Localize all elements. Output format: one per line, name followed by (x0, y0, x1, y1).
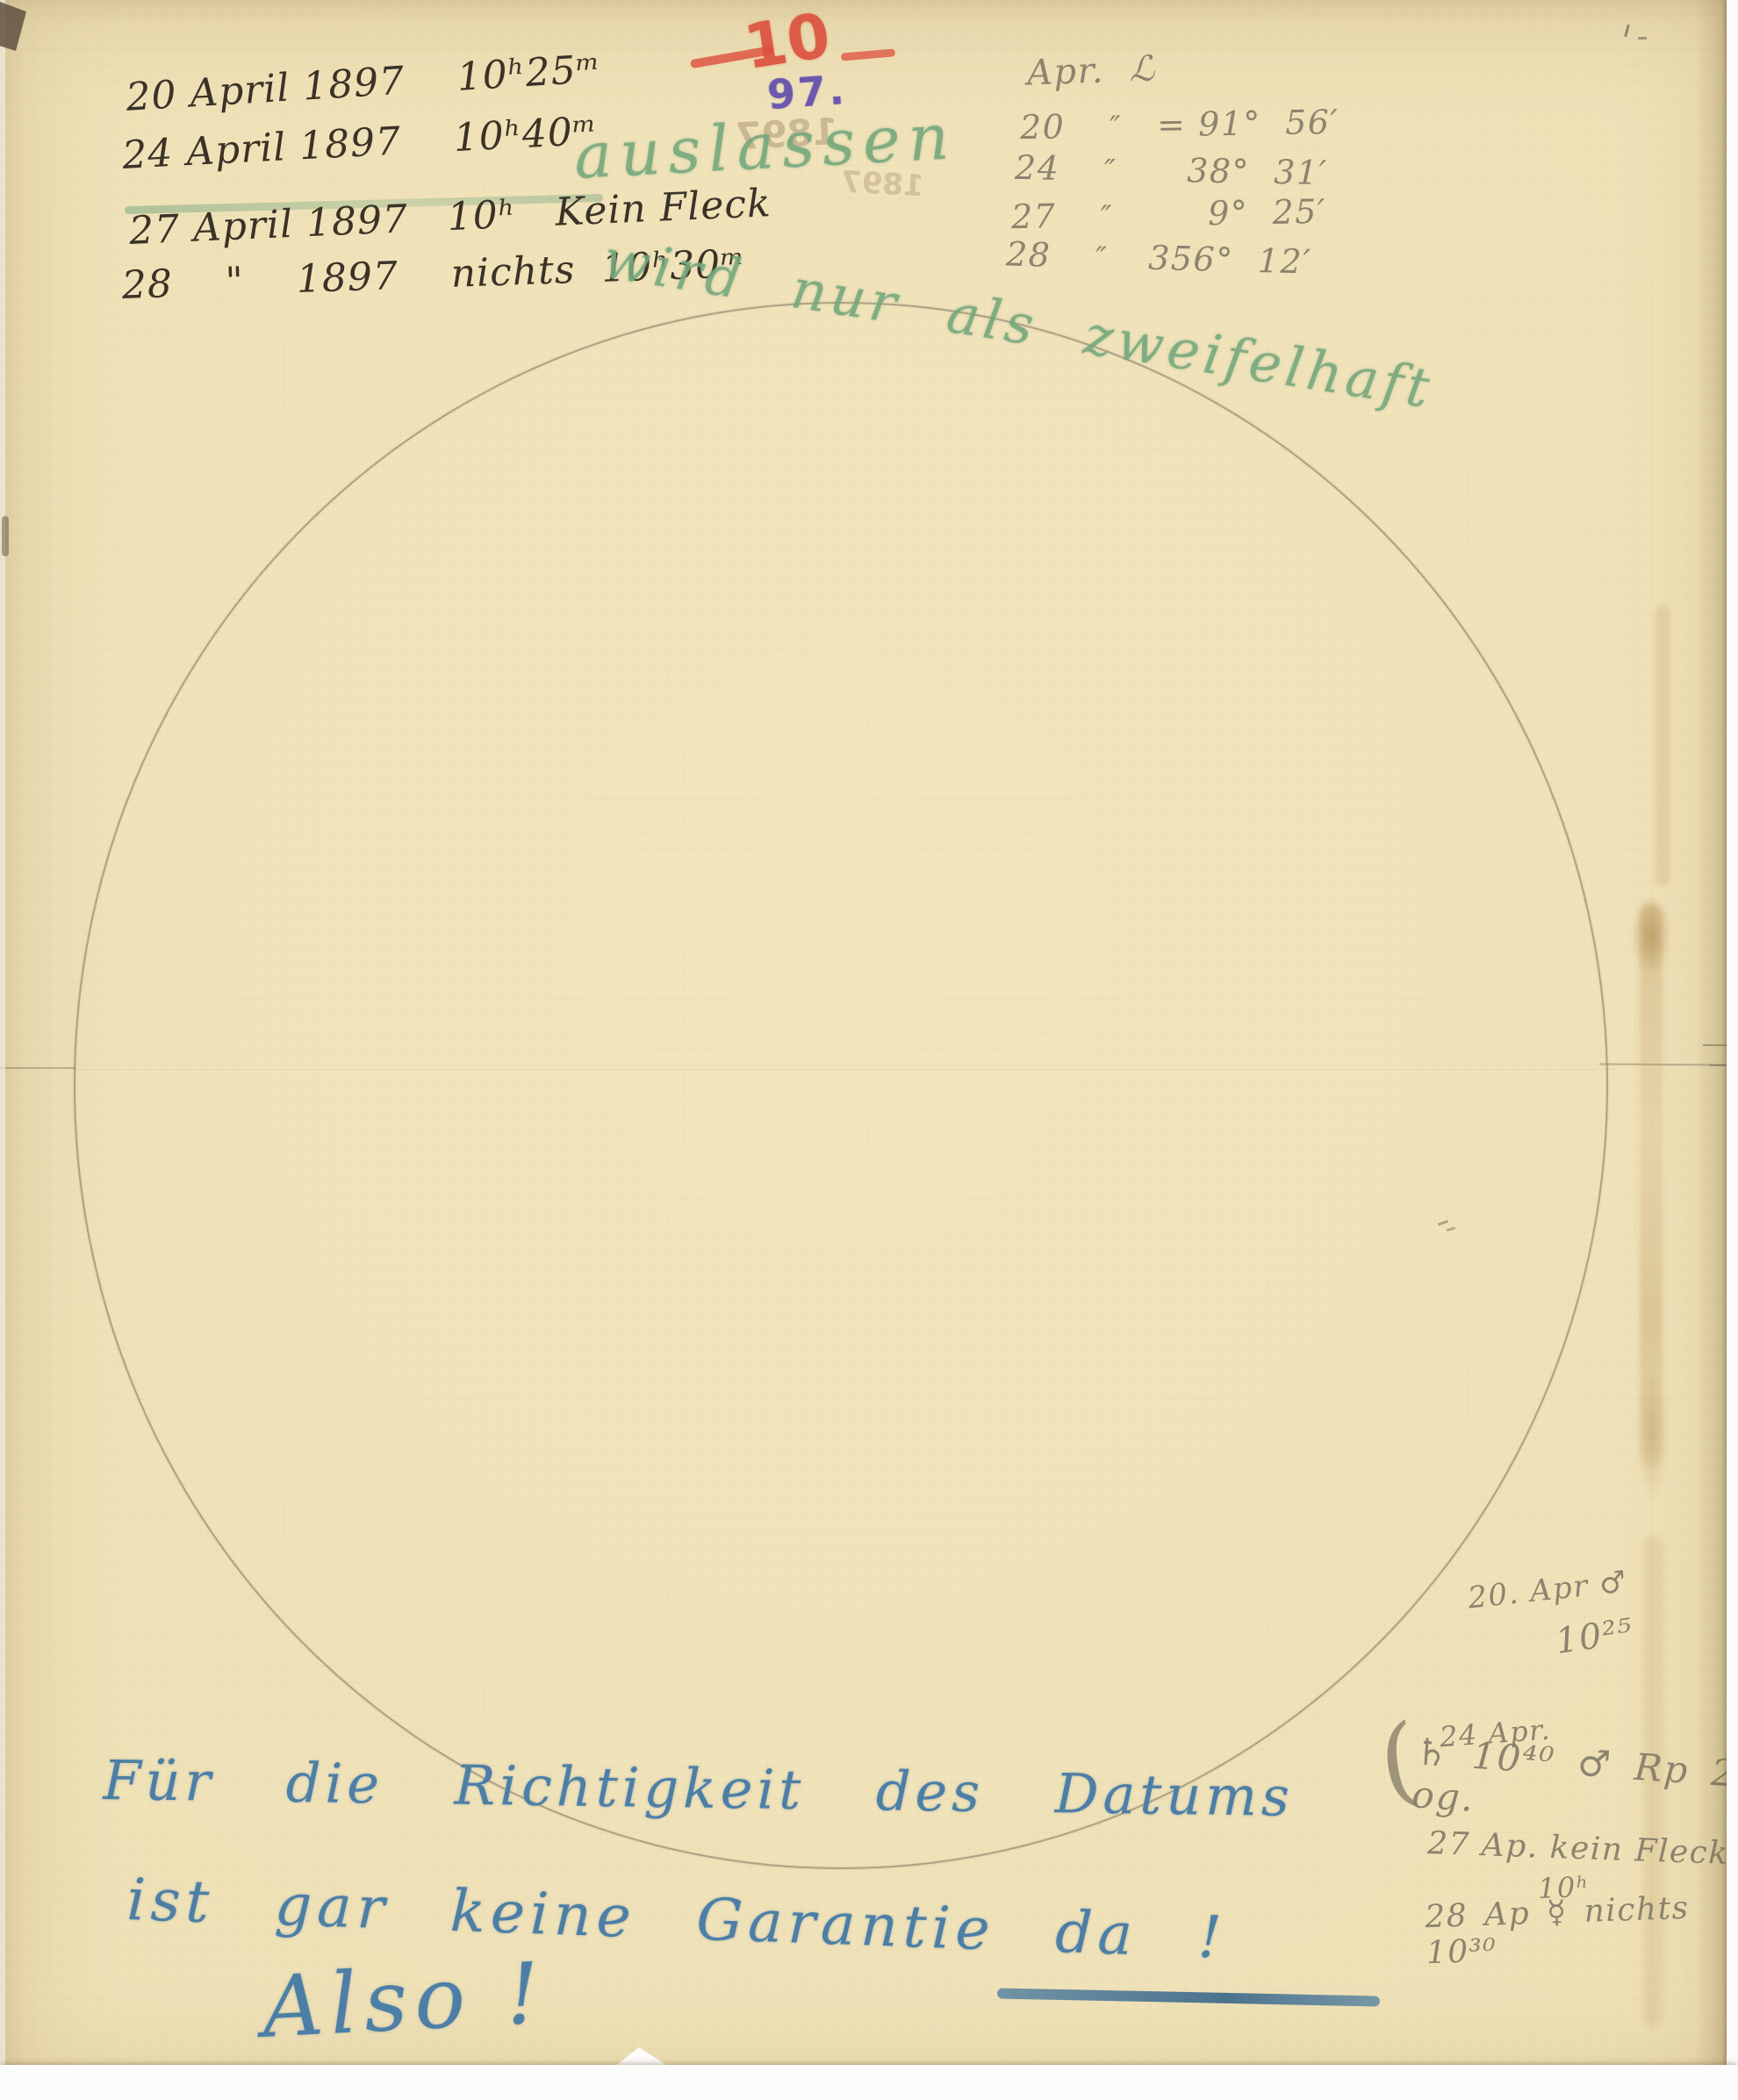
pencil-bottom-right-line-2: ♄ 10⁴⁰ ♂ Rp 2 og. (1411, 1730, 1738, 1838)
table-day: 27 (1011, 197, 1066, 236)
table-value: = 91° 56′ (1157, 103, 1339, 145)
pencil-bottom-right-line-4: 28 Ap ☿ nichts 10³⁰ (1425, 1889, 1738, 1971)
longitude-table-row: 20 ″ = 91° 56′ (1020, 103, 1339, 147)
table-day: 20 (1020, 107, 1075, 147)
blue-note-line-2: ist gar keine Garantie da ! (126, 1866, 1227, 1972)
table-ditto: ″ (1065, 240, 1139, 276)
blue-dash (997, 1988, 1380, 2006)
scanned-document-page: 20 April 1897 10ʰ25ᵐ 24 April 1897 10ʰ40… (0, 0, 1738, 2100)
stain-streak-upper (1655, 606, 1670, 886)
right-edge-shade (1695, 0, 1727, 2100)
observation-line-2: 24 April 1897 10ʰ40ᵐ (121, 109, 599, 178)
right-white-margin (1727, 0, 1738, 2100)
longitude-table-header: Apr. ℒ (1026, 48, 1156, 93)
table-ditto: ″ (1070, 198, 1145, 234)
stain-blob-bottom (1636, 1369, 1668, 1501)
fold-line-full (70, 1069, 1615, 1070)
longitude-table-row: 27 ″ 9° 25′ (1011, 192, 1327, 236)
bottom-edge-notch (614, 2047, 669, 2067)
table-value: 38° 31′ (1187, 151, 1328, 192)
table-value: 356° 12′ (1148, 239, 1312, 282)
table-value: 9° 25′ (1208, 192, 1327, 233)
top-right-tick-1 (1624, 25, 1630, 37)
observation-line-1: 20 April 1897 10ʰ25ᵐ (125, 47, 602, 120)
blue-note-line-3: Also ! (260, 1944, 549, 2057)
pencil-note-right-line-1: 20. Apr ♂ (1466, 1565, 1628, 1616)
corner-notch-top-left (0, 2, 26, 51)
fold-line-left (0, 1067, 75, 1069)
solar-disk-circle (74, 302, 1608, 1869)
left-white-sliver (0, 0, 5, 2100)
table-ditto: ″ (1079, 110, 1153, 146)
top-right-tick-2 (1638, 37, 1647, 39)
bottom-white-margin (0, 2065, 1738, 2100)
stain-blob-top (1631, 895, 1671, 976)
table-ditto: ″ (1074, 153, 1148, 189)
longitude-table-row: 24 ″ 38° 31′ (1015, 148, 1328, 192)
table-day: 24 (1015, 148, 1070, 188)
longitude-table-row: 28 ″ 356° 12′ (1005, 234, 1311, 281)
pencil-note-right-line-2: 10²⁵ (1553, 1611, 1636, 1662)
red-dash-right (841, 48, 896, 61)
left-edge-mark (2, 516, 9, 556)
table-day: 28 (1005, 234, 1060, 275)
